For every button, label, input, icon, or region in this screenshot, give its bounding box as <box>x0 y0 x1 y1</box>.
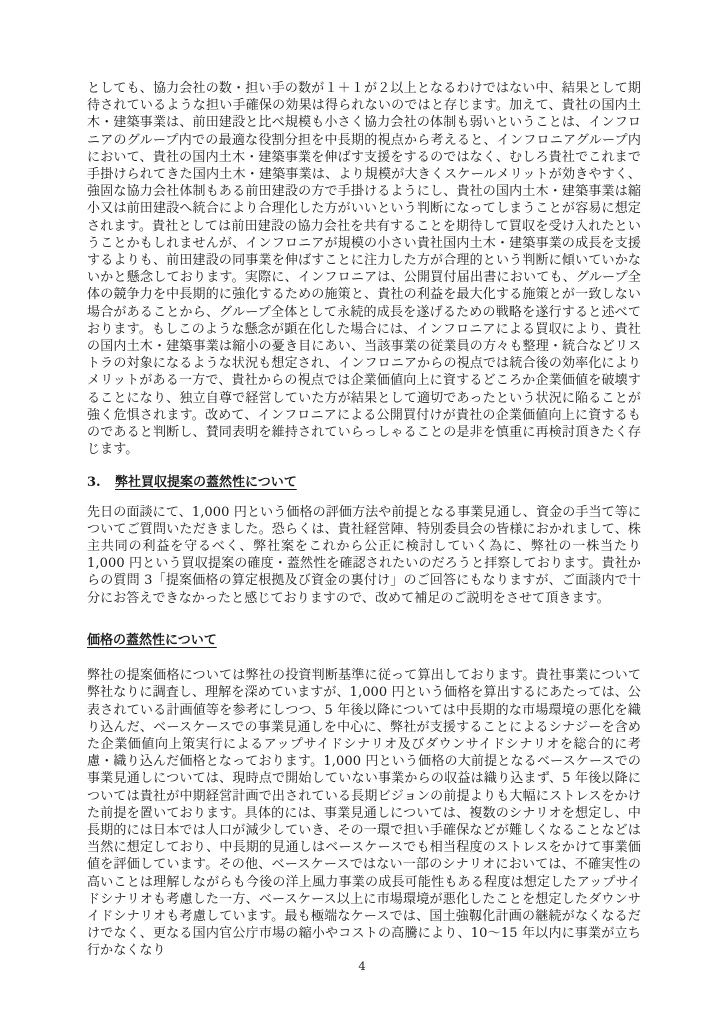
price-certainty-paragraph: 弊社の提案価格については弊社の投資判断基準に従って算出しております。貴社事業につ… <box>87 667 641 959</box>
section-3-title: 弊社買収提案の蓋然性について <box>115 475 297 490</box>
document-page: としても、協力会社の数・担い手の数が１＋１が２以上となるわけではない中、結果とし… <box>0 0 724 1024</box>
price-certainty-subheading-text: 価格の蓋然性について <box>87 633 217 648</box>
continuation-paragraph: としても、協力会社の数・担い手の数が１＋１が２以上となるわけではない中、結果とし… <box>87 80 641 458</box>
section-3-heading: 3.弊社買収提案の蓋然性について <box>87 474 641 491</box>
section-3-intro-paragraph: 先日の面談にて、1,000 円という価格の評価方法や前提となる事業見通し、資金の… <box>87 504 641 607</box>
section-3-number: 3. <box>87 474 115 491</box>
page-number: 4 <box>0 959 724 973</box>
document-body: としても、協力会社の数・担い手の数が１＋１が２以上となるわけではない中、結果とし… <box>87 80 641 960</box>
price-certainty-subheading: 価格の蓋然性について <box>87 632 641 649</box>
